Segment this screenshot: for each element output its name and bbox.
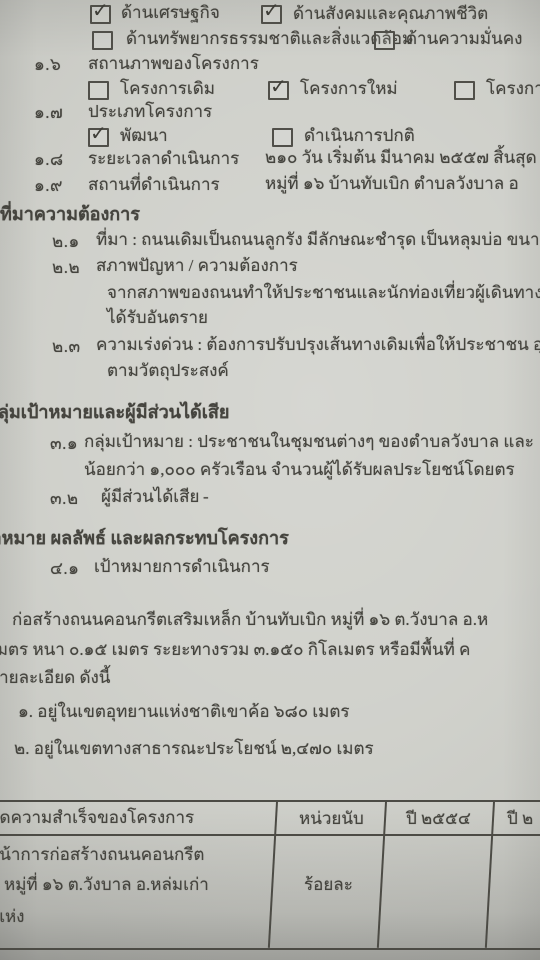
item-1-7-number: ๑.๗: [34, 102, 63, 124]
table-header-year1: ปี ๒๕๕๔: [406, 808, 471, 830]
item-1-9-label: สถานที่ดำเนินการ: [88, 174, 220, 196]
section-4-heading: เป้าหมาย ผลลัพธ์ และผลกระทบโครงการ: [0, 527, 289, 549]
checkbox-economic: [90, 5, 111, 24]
checkbox-new-project: [268, 81, 289, 100]
item-1-8-number: ๑.๘: [34, 149, 64, 171]
item-4-1-number: ๔.๑: [50, 558, 79, 580]
section-2-heading: ที่มาความต้องการ: [0, 203, 140, 225]
goal-paragraph-line1: ก่อสร้างถนนคอนกรีตเสริมเหล็ก บ้านทับเบิก…: [12, 609, 488, 631]
checkbox-normal-operation: [272, 128, 293, 147]
checkbox-development: [88, 128, 109, 147]
label-existing-project: โครงการเดิม: [120, 78, 215, 100]
item-2-2-line2: ได้รับอันตราย: [107, 307, 208, 329]
label-security: ด้านความมั่นคง: [406, 28, 522, 50]
checkbox-social: [261, 5, 282, 24]
item-1-9-value: หมู่ที่ ๑๖ บ้านทับเบิก ตำบลวังบาล อ: [265, 173, 519, 195]
item-2-2-line1: จากสภาพของถนนทำให้ประชาชนและนักท่องเที่ย…: [107, 282, 540, 304]
item-1-6-number: ๑.๖: [34, 54, 61, 76]
item-3-1-line2: น้อยกว่า ๑,๐๐๐ ครัวเรือน จำนวนผู้ได้รับผ…: [84, 459, 515, 481]
table-header-year2: ปี ๒: [507, 808, 533, 830]
table-vline-3: [485, 802, 495, 948]
item-2-1-text: ที่มา : ถนนเดิมเป็นถนนลูกรัง มีลักษณะชำร…: [96, 229, 540, 251]
item-3-2-label: ผู้มีส่วนได้เสีย: [101, 486, 199, 508]
item-3-1-line1: กลุ่มเป้าหมาย : ประชาชนในชุมชนต่างๆ ของต…: [84, 431, 534, 453]
item-4-1-label: เป้าหมายการดำเนินการ: [94, 556, 270, 578]
label-environment: ด้านทรัพยากรธรรมชาติและสิ่งแวดล้อม: [126, 28, 413, 50]
goal-list-item-1: ๑. อยู่ในเขตอุทยานแห่งชาติเขาค้อ ๖๘๐ เมต…: [18, 701, 350, 723]
item-2-3-text: ความเร่งด่วน : ต้องการปรับปรุงเส้นทางเดิ…: [96, 334, 540, 356]
item-1-6-label: สถานภาพของโครงการ: [88, 53, 259, 75]
checkbox-security: [374, 31, 395, 50]
item-2-3-line2: ตามวัตถุประสงค์: [107, 360, 229, 382]
table-vline-1: [268, 802, 278, 948]
item-1-9-number: ๑.๙: [34, 175, 63, 197]
section-3-heading: กลุ่มเป้าหมายและผู้มีส่วนได้เสีย: [0, 401, 229, 423]
item-2-2-text: สภาพปัญหา / ความต้องการ: [96, 255, 298, 277]
paper-sheet: ด้านเศรษฐกิจ ด้านสังคมและคุณภาพชีวิต ด้า…: [0, 0, 540, 960]
label-development: พัฒนา: [120, 125, 168, 147]
label-economic: ด้านเศรษฐกิจ: [121, 2, 220, 24]
table-header-separator: [0, 834, 540, 836]
item-1-7-label: ประเภทโครงการ: [88, 101, 212, 123]
table-vline-2: [377, 802, 387, 948]
item-2-1-number: ๒.๑: [52, 231, 80, 253]
table-row-indicator-line3: แห่ง: [0, 906, 24, 928]
label-normal-operation: ดำเนินการปกติ: [304, 125, 415, 147]
document-photo: ด้านเศรษฐกิจ ด้านสังคมและคุณภาพชีวิต ด้า…: [0, 0, 540, 960]
checkbox-existing-project: [88, 81, 109, 100]
goal-paragraph-line3: รายละเอียด ดังนี้: [0, 667, 110, 689]
label-new-project: โครงการใหม่: [300, 78, 398, 100]
table-row-indicator-line1: หน้าการก่อสร้างถนนคอนกรีต: [0, 844, 204, 866]
checkbox-environment: [92, 31, 113, 50]
item-3-2-number: ๓.๒: [50, 488, 79, 510]
table-header-indicator: วัดความสำเร็จของโครงการ: [0, 807, 194, 829]
item-2-2-number: ๒.๒: [52, 257, 80, 279]
label-continue-project: โครงการ: [486, 78, 540, 100]
item-3-1-number: ๓.๑: [50, 433, 78, 455]
checkbox-continue-project: [454, 81, 475, 100]
item-2-3-number: ๒.๓: [52, 336, 81, 358]
label-social: ด้านสังคมและคุณภาพชีวิต: [293, 3, 488, 25]
table-header-unit: หน่วยนับ: [299, 808, 364, 830]
item-1-8-value: ๒๑๐ วัน เริ่มต้น มีนาคม ๒๕๕๗ สิ้นสุด: [265, 147, 537, 169]
indicator-table: วัดความสำเร็จของโครงการ หน่วยนับ ปี ๒๕๕๔…: [0, 800, 540, 950]
goal-paragraph-line2: เมตร หนา ๐.๑๕ เมตร ระยะทางรวม ๓.๑๕๐ กิโล…: [0, 639, 470, 661]
goal-list-item-2: ๒. อยู่ในเขตทางสาธารณะประโยชน์ ๒,๔๗๐ เมต…: [14, 738, 374, 760]
table-row-unit: ร้อยละ: [304, 874, 353, 896]
table-row-indicator-line2: หมู่ที่ ๑๖ ต.วังบาล อ.หล่มเก่า: [4, 874, 209, 896]
item-1-8-label: ระยะเวลาดำเนินการ: [88, 148, 239, 170]
item-3-2-value: -: [203, 486, 209, 508]
